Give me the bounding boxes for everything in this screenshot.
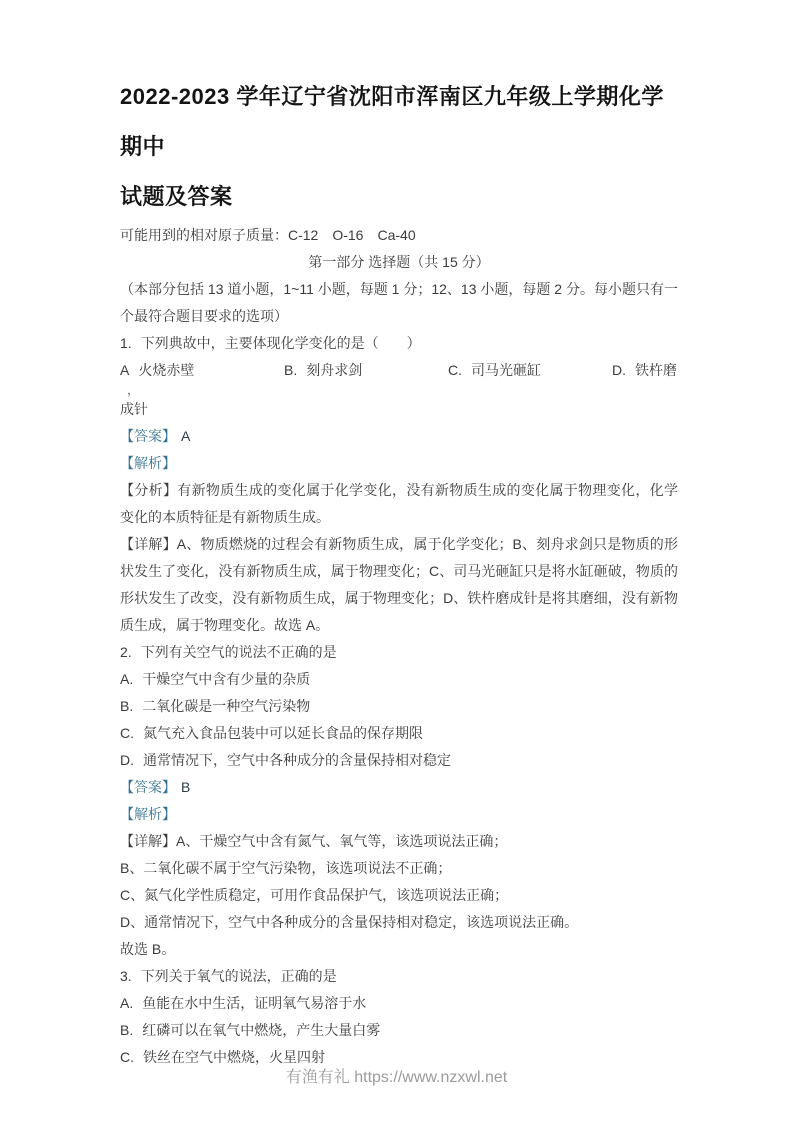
exam-document-page: 2022-2023 学年辽宁省沈阳市浑南区九年级上学期化学期中 试题及答案 可能…: [0, 0, 793, 1122]
q2-analysis-tag: 【解析】: [120, 806, 176, 822]
q1-detail: 【详解】A、物质燃烧的过程会有新物质生成，属于化学变化；B、刻舟求剑只是物质的形…: [120, 531, 678, 639]
q1-analysis: 【分析】有新物质生成的变化属于化学变化，没有新物质生成的变化属于物理变化，化学变…: [120, 477, 678, 531]
q2-option-a-text: 干燥空气中含有少量的杂质: [142, 671, 310, 687]
document-content: 2022-2023 学年辽宁省沈阳市浑南区九年级上学期化学期中 试题及答案 可能…: [120, 72, 678, 1071]
q3-option-a-label: A.: [120, 995, 133, 1011]
atomic-mass-note: 可能用到的相对原子质量：C-12 O-16 Ca-40: [120, 222, 678, 249]
q3-number: 3.: [120, 968, 132, 984]
q3-option-c-label: C.: [120, 1049, 134, 1065]
q1-analysis-tag-line: 【解析】: [120, 450, 678, 477]
title-line-2: 试题及答案: [120, 172, 678, 222]
q2-option-a: A.干燥空气中含有少量的杂质: [120, 666, 678, 693]
q2-option-d: D.通常情况下，空气中各种成分的含量保持相对稳定: [120, 747, 678, 774]
q2-stem-text: 下列有关空气的说法不正确的是: [141, 644, 337, 660]
section-heading: 第一部分 选择题（共 15 分）: [120, 249, 678, 276]
q3-option-a: A.鱼能在水中生活，证明氧气易溶于水: [120, 990, 678, 1017]
q1-option-c-text: 司马光砸缸: [471, 362, 541, 378]
q2-answer-line: 【答案】B: [120, 774, 678, 801]
q2-analysis-tag-line: 【解析】: [120, 801, 678, 828]
q3-option-b: B.红磷可以在氧气中燃烧，产生大量白雾: [120, 1017, 678, 1044]
q1-option-a-text: 火烧赤壁: [138, 362, 194, 378]
q2-answer-value: B: [181, 779, 190, 795]
q2-detail-conclusion: 故选 B。: [120, 936, 678, 963]
q2-detail-line-a: 【详解】A、干燥空气中含有氮气、氧气等，该选项说法正确；: [120, 828, 678, 855]
q3-stem-text: 下列关于氧气的说法，正确的是: [141, 968, 337, 984]
q2-detail-line-c: C、氮气化学性质稳定，可用作食品保护气，该选项说法正确；: [120, 882, 678, 909]
q1-option-d-wrap: 成针: [120, 396, 678, 423]
q3-option-b-label: B.: [120, 1022, 133, 1038]
q1-answer-tag: 【答案】: [120, 428, 176, 444]
q1-stem-text: 下列典故中，主要体现化学变化的是（ ）: [141, 335, 421, 351]
q2-option-b: B.二氧化碳是一种空气污染物: [120, 693, 678, 720]
q2-detail-line-d: D、通常情况下，空气中各种成分的含量保持相对稳定，该选项说法正确。: [120, 909, 678, 936]
q1-option-b: B.刻舟求剑: [284, 357, 362, 384]
stray-punctuation-mark: ，: [127, 377, 139, 404]
q1-option-c: C.司马光砸缸: [448, 357, 541, 384]
q2-option-d-text: 通常情况下，空气中各种成分的含量保持相对稳定: [143, 752, 451, 768]
q3-stem-line: 3.下列关于氧气的说法，正确的是: [120, 963, 678, 990]
q2-option-b-text: 二氧化碳是一种空气污染物: [142, 698, 310, 714]
q1-option-d-label: D.: [612, 362, 626, 378]
q1-option-c-label: C.: [448, 362, 462, 378]
q1-options-row: A火烧赤壁 B.刻舟求剑 C.司马光砸缸 D.铁杵磨 ，: [120, 357, 678, 384]
q1-option-b-label: B.: [284, 362, 297, 378]
q2-option-d-label: D.: [120, 752, 134, 768]
q2-answer-tag: 【答案】: [120, 779, 176, 795]
q1-stem-line: 1.下列典故中，主要体现化学变化的是（ ）: [120, 330, 678, 357]
q3-option-a-text: 鱼能在水中生活，证明氧气易溶于水: [142, 995, 366, 1011]
q2-number: 2.: [120, 644, 132, 660]
q1-number: 1.: [120, 335, 132, 351]
q2-detail-line-b: B、二氧化碳不属于空气污染物，该选项说法不正确；: [120, 855, 678, 882]
document-title: 2022-2023 学年辽宁省沈阳市浑南区九年级上学期化学期中 试题及答案: [120, 72, 678, 222]
q1-analysis-tag: 【解析】: [120, 455, 176, 471]
q2-option-c-text: 氮气充入食品包装中可以延长食品的保存期限: [143, 725, 423, 741]
q1-option-b-text: 刻舟求剑: [306, 362, 362, 378]
q2-stem-line: 2.下列有关空气的说法不正确的是: [120, 639, 678, 666]
section-note: （本部分包括 13 道小题，1~11 小题，每题 1 分；12、13 小题，每题…: [120, 276, 678, 330]
q3-option-b-text: 红磷可以在氧气中燃烧，产生大量白雾: [142, 1022, 380, 1038]
q3-option-c-text: 铁丝在空气中燃烧，火星四射: [143, 1049, 325, 1065]
q2-option-c-label: C.: [120, 725, 134, 741]
q2-option-b-label: B.: [120, 698, 133, 714]
q2-option-c: C.氮气充入食品包装中可以延长食品的保存期限: [120, 720, 678, 747]
q1-option-d-text: 铁杵磨: [635, 362, 677, 378]
q1-option-d: D.铁杵磨: [612, 357, 677, 384]
q1-answer-value: A: [181, 428, 190, 444]
q2-option-a-label: A.: [120, 671, 133, 687]
q1-option-a-label: A: [120, 362, 129, 378]
q1-answer-line: 【答案】A: [120, 423, 678, 450]
watermark-footer: 有渔有礼 https://www.nzxwl.net: [0, 1064, 793, 1087]
title-line-1: 2022-2023 学年辽宁省沈阳市浑南区九年级上学期化学期中: [120, 72, 678, 172]
